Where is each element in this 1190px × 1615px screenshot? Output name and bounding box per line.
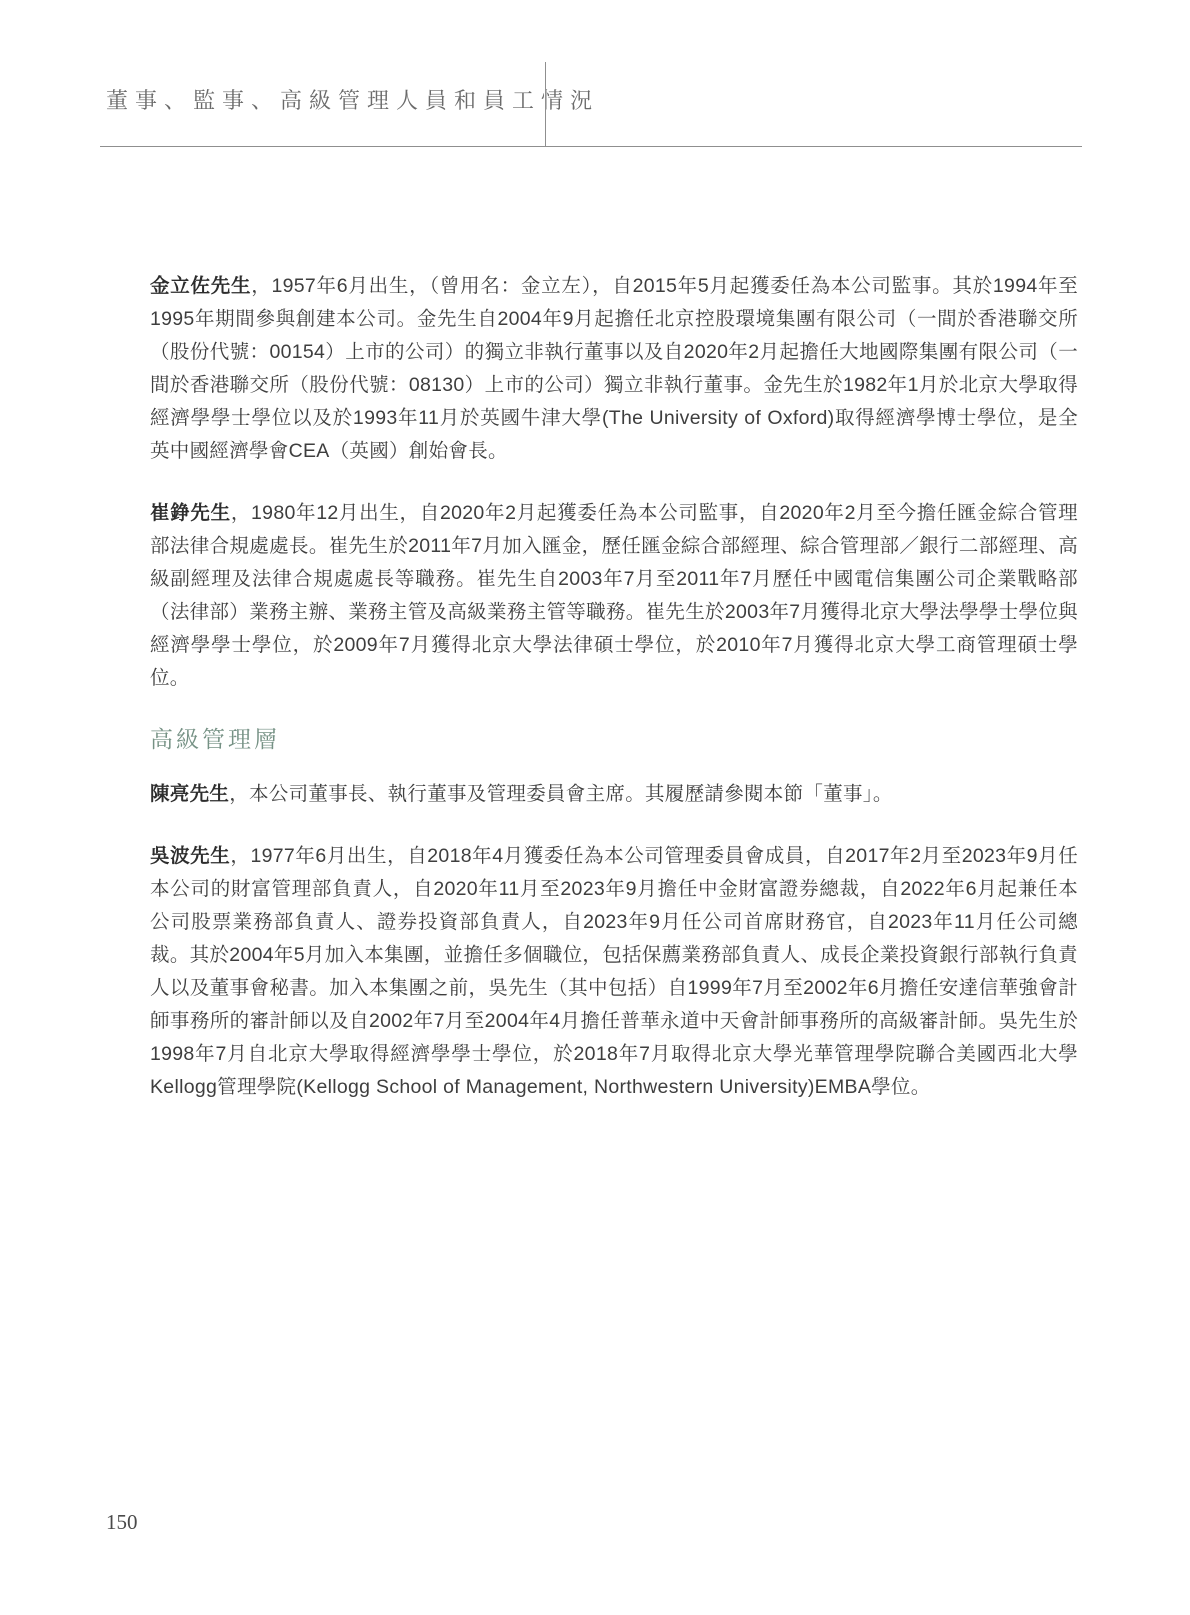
bio-paragraph-wu-bo: 吳波先生，1977年6月出生，自2018年4月獲委任為本公司管理委員會成員，自2… xyxy=(150,840,1078,1104)
document-page: 董事、監事、高級管理人員和員工情況 金立佐先生，1957年6月出生，（曾用名：金… xyxy=(0,0,1190,1615)
page-header-title: 董事、監事、高級管理人員和員工情況 xyxy=(106,84,599,115)
bio-paragraph-cui-zheng: 崔錚先生，1980年12月出生，自2020年2月起獲委任為本公司監事，自2020… xyxy=(150,497,1078,695)
bio-paragraph-chen-liang: 陳亮先生，本公司董事長、執行董事及管理委員會主席。其履歷請參閱本節「董事」。 xyxy=(150,778,1078,811)
bio-text-cui-zheng: ，1980年12月出生，自2020年2月起獲委任為本公司監事，自2020年2月至… xyxy=(150,502,1078,689)
person-name-chen-liang: 陳亮先生 xyxy=(150,783,229,805)
bio-paragraph-jin-lizuo: 金立佐先生，1957年6月出生，（曾用名：金立左），自2015年5月起獲委任為本… xyxy=(150,270,1078,468)
bio-text-jin-lizuo: ，1957年6月出生，（曾用名：金立左），自2015年5月起獲委任為本公司監事。… xyxy=(150,275,1078,462)
bio-text-wu-bo: ，1977年6月出生，自2018年4月獲委任為本公司管理委員會成員，自2017年… xyxy=(150,845,1078,1098)
person-name-jin-lizuo: 金立佐先生 xyxy=(150,275,251,297)
header-vertical-rule xyxy=(545,62,546,146)
page-body: 金立佐先生，1957年6月出生，（曾用名：金立左），自2015年5月起獲委任為本… xyxy=(150,270,1078,1133)
page-number: 150 xyxy=(106,1510,138,1535)
bio-text-chen-liang: ，本公司董事長、執行董事及管理委員會主席。其履歷請參閱本節「董事」。 xyxy=(229,783,892,805)
header-horizontal-rule xyxy=(100,146,1082,147)
person-name-cui-zheng: 崔錚先生 xyxy=(150,502,231,524)
section-heading-senior-management: 高級管理層 xyxy=(150,724,1078,754)
person-name-wu-bo: 吳波先生 xyxy=(150,845,230,867)
